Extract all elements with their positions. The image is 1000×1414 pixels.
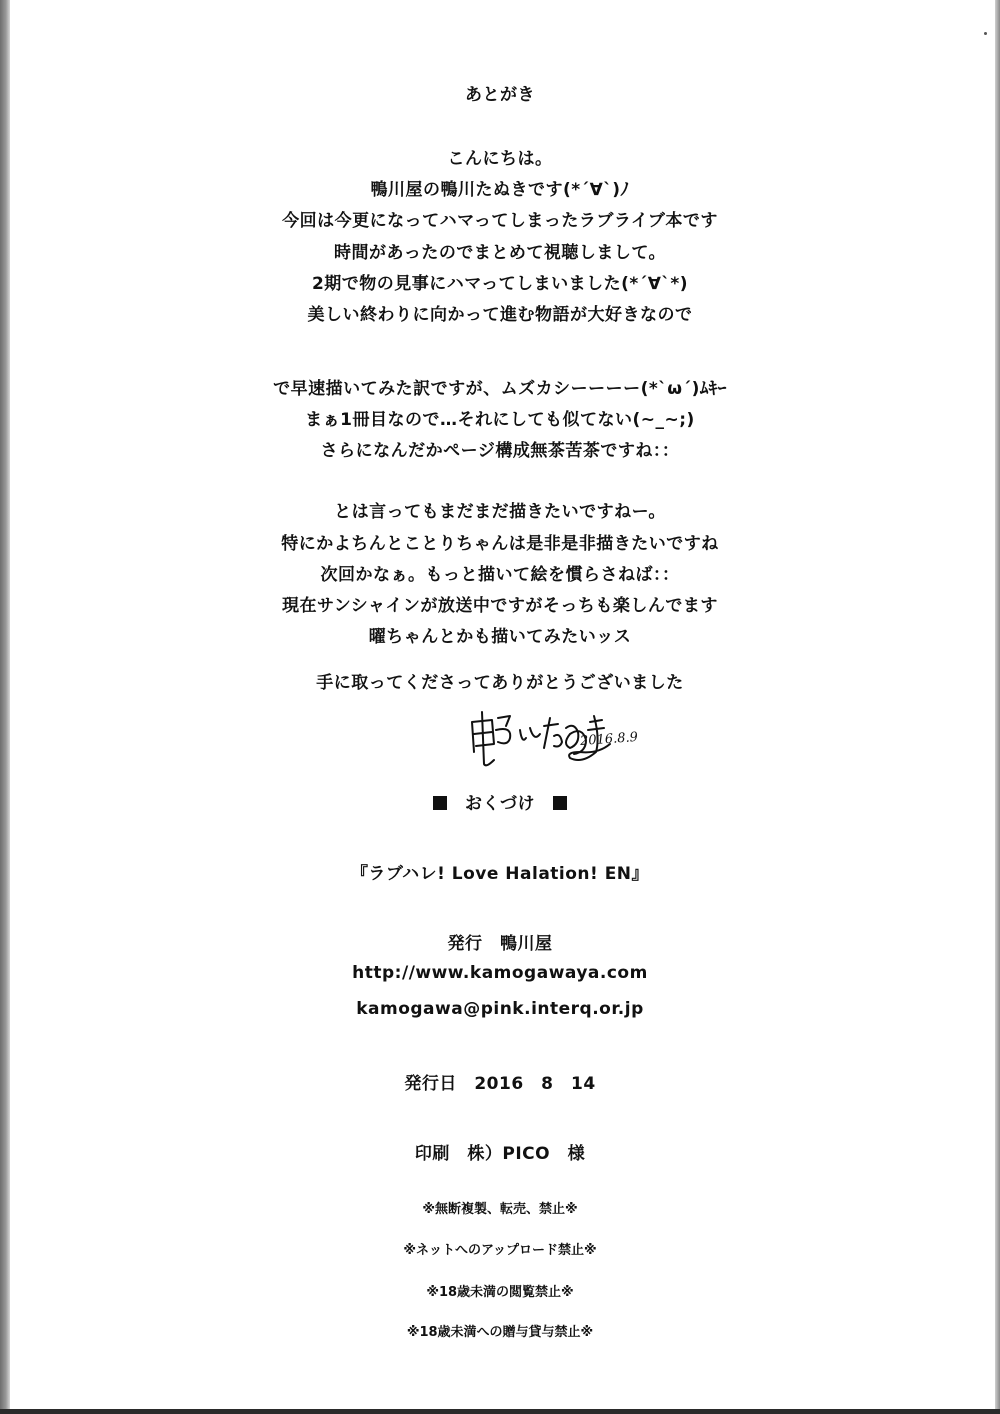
- scan-speck: [984, 32, 987, 35]
- notice-line: ※ネットへのアップロード禁止※: [0, 1239, 1000, 1258]
- afterword-line: 今回は今更になってハマってしまったラブライブ本です: [0, 206, 1000, 231]
- afterword-line: さらになんだかページ構成無茶苦茶ですね：：: [0, 436, 1000, 461]
- afterword-line: 特にかよちんとことりちゃんは是非是非描きたいですね: [0, 529, 1000, 554]
- scan-edge-bottom: [0, 1409, 1000, 1414]
- afterword-line: 鴨川屋の鴨川たぬきです(*´∀`)ﾉ: [0, 175, 1000, 200]
- square-bullet-icon: [553, 796, 567, 810]
- afterword-line: 時間があったのでまとめて視聴しまして。: [0, 238, 1000, 263]
- afterword-line: とは言ってもまだまだ描きたいですねー。: [0, 497, 1000, 522]
- afterword-line: 次回かなぁ。もっと描いて絵を慣らさねば：：: [0, 560, 1000, 585]
- afterword-heading: あとがき: [0, 80, 1000, 105]
- notice-line: ※18歳未満の閲覧禁止※: [0, 1281, 1000, 1300]
- publisher: 発行 鴨川屋: [0, 929, 1000, 954]
- colophon-heading: おくづけ: [465, 794, 535, 814]
- notice-line: ※18歳未満への贈与貸与禁止※: [0, 1321, 1000, 1340]
- printer: 印刷 株）PICO 様: [0, 1139, 1000, 1164]
- publisher-url: http://www.kamogawaya.com: [0, 963, 1000, 983]
- handwritten-signature: [470, 708, 670, 768]
- afterword-line: 現在サンシャインが放送中ですがそっちも楽しんでます: [0, 591, 1000, 616]
- square-bullet-icon: [433, 796, 447, 810]
- book-title: 『ラブハレ! Love Halation! EN』: [0, 859, 1000, 884]
- afterword-line: こんにちは。: [0, 144, 1000, 169]
- colophon-heading-row: おくづけ: [0, 789, 1000, 814]
- afterword-line: 美しい終わりに向かって進む物語が大好きなので: [0, 300, 1000, 325]
- afterword-line: 2期で物の見事にハマってしまいました(*´∀`*): [0, 269, 1000, 294]
- afterword-line: 曜ちゃんとかも描いてみたいッス: [0, 622, 1000, 647]
- afterword-thanks: 手に取ってくださってありがとうございました: [0, 668, 1000, 693]
- afterword-line: で早速描いてみた訳ですが、ムズカシーーーー(*`ω´)ﾑｷｰ: [0, 374, 1000, 399]
- notice-line: ※無断複製、転売、禁止※: [0, 1198, 1000, 1217]
- publish-date: 発行日 2016 8 14: [0, 1069, 1000, 1094]
- publisher-email: kamogawa@pink.interq.or.jp: [0, 999, 1000, 1019]
- afterword-line: まぁ1冊目なので…それにしても似てない(~_~;): [0, 405, 1000, 430]
